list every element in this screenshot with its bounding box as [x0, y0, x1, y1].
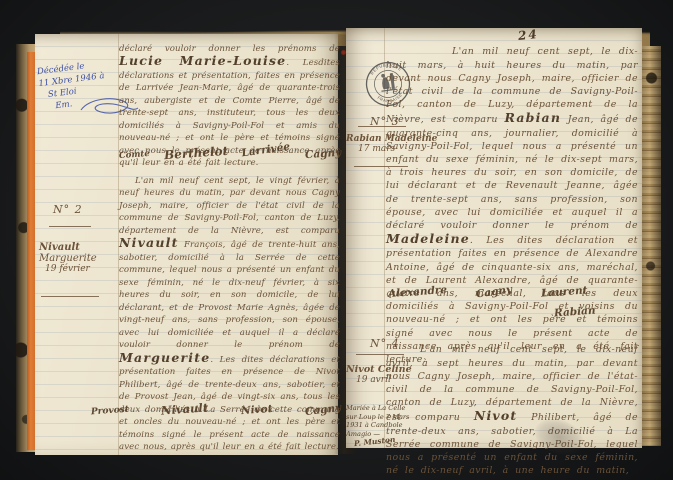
register-scan-photo: Décédée le 11 Xbre 1946 à St Eloi Em. dé… — [0, 0, 673, 480]
register-page-left: Décédée le 11 Xbre 1946 à St Eloi Em. dé… — [35, 34, 338, 455]
signature: Berthelot — [163, 144, 228, 162]
record2-text-segment: François, âgé de trente-huit ans, saboti… — [119, 240, 340, 350]
signature: Nivot — [240, 403, 272, 417]
record2-signatures: Provost Nivault Nivot Cagny — [91, 402, 341, 416]
record3-act-text: L'an mil neuf cent sept, le dix-huit mar… — [386, 45, 638, 366]
margin-child-surname: Nivault — [39, 242, 97, 253]
record2-text-segment: L'an mil neuf cent sept, le vingt févrie… — [119, 176, 340, 236]
signature: Alexandre — [388, 284, 448, 300]
signature: Provost — [91, 405, 130, 418]
register-page-right: 24 RÉPUBLIQUE FRANÇAISE N — [346, 28, 642, 448]
record3-text-segment: Jean, âgé de quarante-cinq ans, journali… — [386, 114, 638, 231]
margin-divider — [41, 296, 99, 297]
signature: Comte — [119, 149, 150, 161]
record2-margin-number: N° 2 — [53, 198, 83, 217]
margin-divider — [49, 226, 91, 227]
record-number-label: N° 2 — [53, 203, 83, 216]
signature: Cagny — [475, 284, 513, 301]
record2-name-nivault: Nivault — [119, 235, 179, 250]
page-number: 24 — [517, 27, 539, 43]
record4-name-nivot: Nivot — [474, 408, 518, 423]
record3-name-rabian: Rabian — [504, 110, 561, 125]
book-right-page-edges — [642, 46, 661, 446]
record4-act-text: L'an mil neuf cent sept, le dix-neuf avr… — [386, 343, 638, 477]
record2-name-marguerite: Marguerite — [119, 350, 210, 365]
record3-name-madeleine: Madeleine — [386, 231, 470, 246]
record1-text-segment: déclaré vouloir donner les prénoms de — [119, 44, 340, 54]
margin-child-firstname: Marguerite — [39, 253, 97, 264]
signature: Laurent — [541, 284, 588, 299]
record3-signatures: Alexandre Cagny Laurent — [388, 286, 588, 298]
record2-margin-name: Nivault Marguerite 19 février — [39, 242, 97, 274]
margin-date: 19 février — [39, 264, 97, 274]
record1-name-lucie: Lucie Marie-Louise — [119, 53, 286, 68]
record1-signatures: Comte Berthelot Larrivée Cagny — [119, 146, 341, 160]
signature: Nivault — [161, 400, 209, 417]
